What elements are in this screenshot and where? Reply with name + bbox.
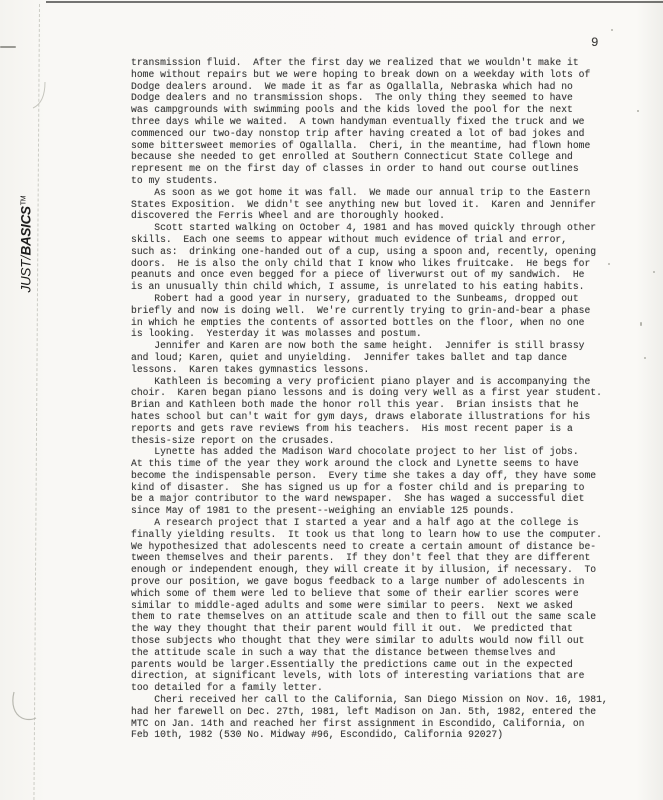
text-line: transmission fluid. After the first day … — [131, 57, 608, 69]
text-line: briefly and now is doing well. We're cur… — [131, 305, 608, 317]
scan-artifact-curve-bottom-left — [8, 690, 40, 724]
text-line: hates school but can't wait for gym days… — [131, 411, 608, 423]
scan-speck — [608, 263, 610, 265]
text-line: was campgrounds with swimming pools and … — [131, 104, 608, 116]
text-line: thesis-size report on the crusades. — [131, 435, 608, 447]
scan-speck — [637, 110, 639, 112]
text-line: too detailed for a family letter. — [131, 682, 608, 694]
text-line: the attitude scale in such a way that th… — [131, 647, 608, 659]
text-line: Lynette has added the Madison Ward choco… — [131, 446, 608, 458]
text-line: become the indispensable person. Every t… — [131, 470, 608, 482]
text-line: finally yielding results. It took us tha… — [131, 529, 608, 541]
text-line: Dodge dealers around. We made it as far … — [131, 81, 608, 93]
scan-speck — [640, 322, 642, 326]
text-line: them to rate themselves on an attitude s… — [131, 611, 608, 623]
text-line: some bittersweet memories of Ogallalla. … — [131, 140, 608, 152]
text-line: because she needed to get enrolled at So… — [131, 151, 608, 163]
text-line: be a major contributor to the ward newsp… — [131, 493, 608, 505]
scan-speck — [611, 29, 613, 31]
text-line: is an unusually thin child which, I assu… — [131, 281, 608, 293]
text-line: is looking. Yesterday it was molasses an… — [131, 328, 608, 340]
logo-basics: BASICS — [19, 206, 34, 255]
text-line: those subjects who thought that they wer… — [131, 635, 608, 647]
text-line: parents would be larger.Essentially the … — [131, 659, 608, 671]
text-line: As soon as we got home it was fall. We m… — [131, 187, 608, 199]
text-line: three days while we waited. A town handy… — [131, 116, 608, 128]
text-line: Cheri received her call to the Californi… — [131, 694, 608, 706]
left-edge-perforation-line — [33, 4, 40, 800]
text-line: Dodge dealers and no transmission shops.… — [131, 92, 608, 104]
text-line: and loud; Karen, quiet and unyielding. J… — [131, 352, 608, 364]
logo-just: JUST — [19, 260, 34, 293]
text-line: kind of disaster. She has signed us up f… — [131, 482, 608, 494]
text-line: represent me on the first day of classes… — [131, 163, 608, 175]
text-line: home without repairs but we were hoping … — [131, 69, 608, 81]
text-line: Scott started walking on October 4, 1981… — [131, 222, 608, 234]
left-margin-mark — [0, 46, 16, 48]
trademark-symbol: TM — [21, 196, 28, 206]
scan-speck — [653, 271, 655, 273]
text-line: Feb 10th, 1982 (530 No. Midway #96, Esco… — [131, 729, 608, 741]
text-line: At this time of the year they work aroun… — [131, 458, 608, 470]
scanned-page: JUST/BASICSTM 9 transmission fluid. Afte… — [0, 0, 663, 800]
text-line: We hypothesized that adolescents need to… — [131, 541, 608, 553]
text-line: in which he empties the contents of asso… — [131, 317, 608, 329]
text-line: enough or independent enough, they will … — [131, 564, 608, 576]
text-line: choir. Karen began piano lessons and is … — [131, 387, 608, 399]
text-line: Brian and Kathleen both made the honor r… — [131, 399, 608, 411]
text-line: tween themselves and their parents. If t… — [131, 552, 608, 564]
text-line: States Exposition. We didn't see anythin… — [131, 199, 608, 211]
letter-body-text: transmission fluid. After the first day … — [131, 57, 608, 741]
text-line: which some of them were led to believe t… — [131, 588, 608, 600]
text-line: since May of 1981 to the present--weighi… — [131, 505, 608, 517]
page-number: 9 — [591, 36, 599, 50]
text-line: lessons. Karen takes gymnastics lessons. — [131, 364, 608, 376]
text-line: direction, at significant levels, with l… — [131, 670, 608, 682]
text-line: to my students. — [131, 175, 608, 187]
text-line: discovered the Ferris Wheel and are thor… — [131, 210, 608, 222]
text-line: similar to middle-aged adults and some w… — [131, 600, 608, 612]
text-line: peanuts and once even begged for a piece… — [131, 269, 608, 281]
text-line: prove our position, we gave bogus feedba… — [131, 576, 608, 588]
logo-slash: / — [19, 255, 34, 259]
scan-speck — [644, 357, 646, 359]
text-line: Robert had a good year in nursery, gradu… — [131, 293, 608, 305]
text-line: doors. He is also the only child that I … — [131, 258, 608, 270]
text-line: MTC on Jan. 14th and reached her first a… — [131, 718, 608, 730]
text-line: Jennifer and Karen are now both the same… — [131, 340, 608, 352]
text-line: the way they thought that their parent w… — [131, 623, 608, 635]
text-line: Kathleen is becoming a very proficient p… — [131, 376, 608, 388]
text-line: had her farewell on Dec. 27th, 1981, lef… — [131, 706, 608, 718]
text-line: skills. Each one seems to appear without… — [131, 234, 608, 246]
text-line: commenced our two-day nonstop trip after… — [131, 128, 608, 140]
text-line: reports and gets rave reviews from his t… — [131, 423, 608, 435]
text-line: such as: drinking one-handed out of a cu… — [131, 246, 608, 258]
page-top-edge-line — [46, 1, 663, 3]
justbasics-logo: JUST/BASICSTM — [19, 211, 36, 293]
scan-artifact-curve-top-left — [30, 80, 52, 112]
text-line: A research project that I started a year… — [131, 517, 608, 529]
